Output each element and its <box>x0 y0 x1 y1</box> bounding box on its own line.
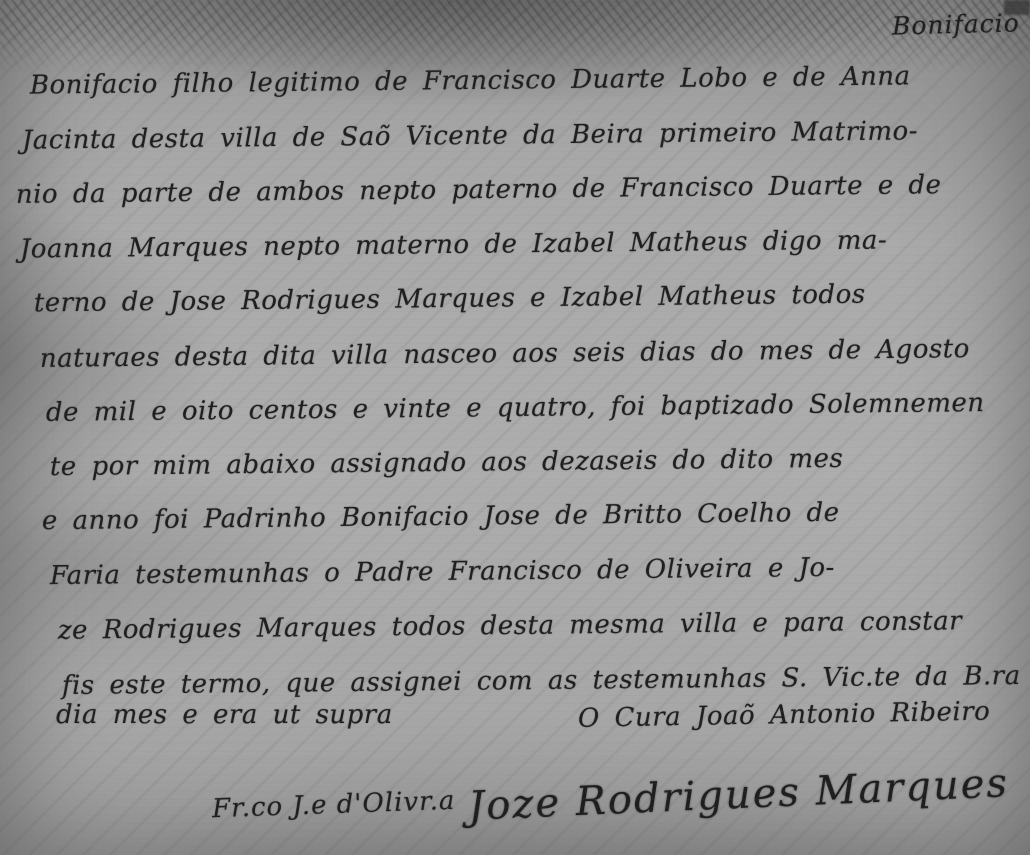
witness-signature: Fr.co J.e d'Olivr.a <box>212 786 456 824</box>
record-line-text: te por mim abaixo assignado aos dezaseis… <box>50 443 844 506</box>
closing-row: dia mes e era ut supra O Cura Joaõ Anton… <box>12 700 1016 730</box>
margin-name: Bonifacio <box>892 8 1020 40</box>
witness-signature-flourish: Joze Rodrigues Marques <box>467 760 1010 830</box>
record-line-text: Faria testemunhas o Padre Francisco de O… <box>50 552 836 615</box>
record-line: Jacinta desta villa de Saõ Vicente da Be… <box>12 121 1016 176</box>
record-line-text: ze Rodrigues Marques todos desta mesma v… <box>58 606 963 670</box>
record-line-text: nio da parte de ambos nepto paterno de F… <box>16 170 942 234</box>
record-line: te por mim abaixo assignado aos dezaseis… <box>12 448 1016 503</box>
record-line: Bonifacio filho legitimo de Francisco Du… <box>12 66 1016 121</box>
manuscript-page: Bonifacio Bonifacio filho legitimo de Fr… <box>0 0 1030 855</box>
record-line-text: Jacinta desta villa de Saõ Vicente da Be… <box>22 116 919 180</box>
record-line: ze Rodrigues Marques todos desta mesma v… <box>12 611 1016 666</box>
record-line-text: Bonifacio filho legitimo de Francisco Du… <box>30 61 911 125</box>
curate-signature: O Cura Joaõ Antonio Ribeiro <box>577 696 1016 734</box>
record-line-text: Joanna Marques nepto materno de Izabel M… <box>20 225 888 289</box>
record-body: Bonifacio filho legitimo de Francisco Du… <box>12 66 1016 720</box>
record-line-text: e anno foi Padrinho Bonifacio Jose de Br… <box>42 498 840 561</box>
signature-row: Fr.co J.e d'Olivr.a Joze Rodrigues Marqu… <box>0 770 1030 855</box>
record-line: Faria testemunhas o Padre Francisco de O… <box>12 557 1016 612</box>
record-line-text: de mil e oito centos e vinte e quatro, f… <box>46 388 985 452</box>
record-line-text: naturaes desta dita villa nasceo aos sei… <box>40 334 971 398</box>
record-line: e anno foi Padrinho Bonifacio Jose de Br… <box>12 502 1016 557</box>
record-line: de mil e oito centos e vinte e quatro, f… <box>12 393 1016 448</box>
record-line: nio da parte de ambos nepto paterno de F… <box>12 175 1016 230</box>
record-line-text: terno de Jose Rodrigues Marques e Izabel… <box>34 280 866 343</box>
record-line: Joanna Marques nepto materno de Izabel M… <box>12 230 1016 285</box>
record-line: terno de Jose Rodrigues Marques e Izabel… <box>12 284 1016 339</box>
record-line: naturaes desta dita villa nasceo aos sei… <box>12 339 1016 394</box>
closing-date-formula: dia mes e era ut supra <box>12 700 393 730</box>
